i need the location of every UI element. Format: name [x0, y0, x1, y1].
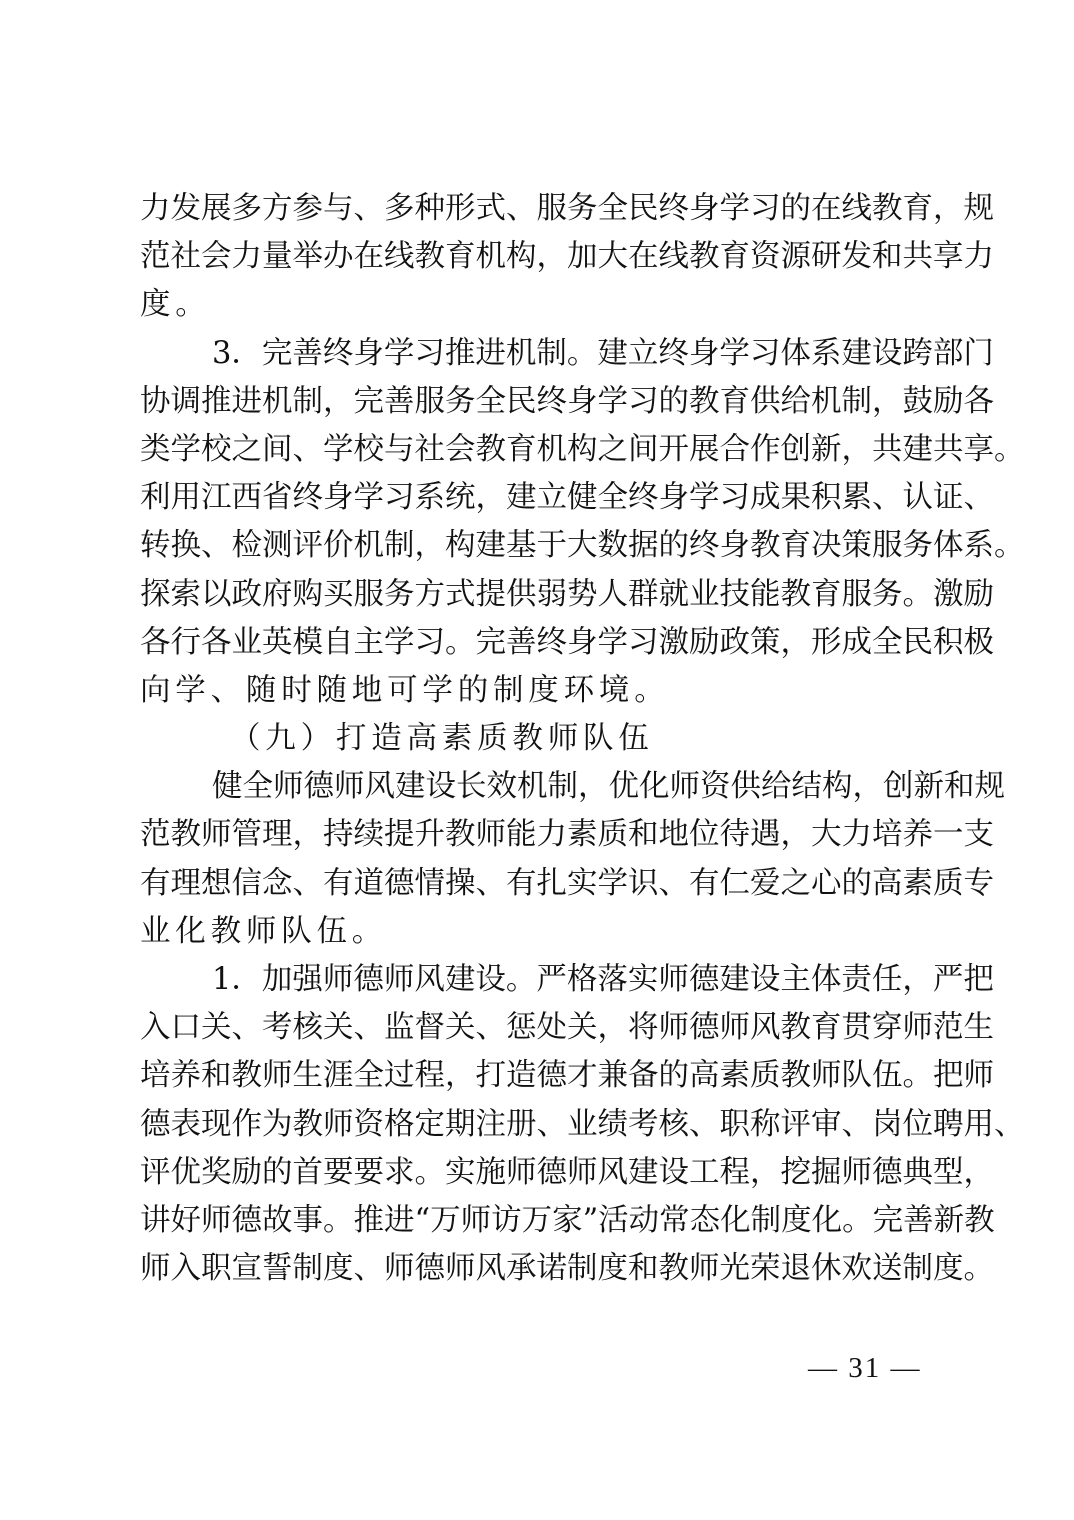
text-line: 入口关、考核关、监督关、惩处关，将师德师风教育贯穿师范生 — [140, 1004, 940, 1052]
text-line: 讲好师德故事。推进“万师访万家”活动常态化制度化。完善新教 — [140, 1197, 940, 1245]
page-number: — 31 — — [808, 1352, 922, 1385]
text-line: 培养和教师生涯全过程，打造德才兼备的高素质教师队伍。把师 — [140, 1052, 940, 1100]
body-text: 力发展多方参与、多种形式、服务全民终身学习的在线教育，规范社会力量举办在线教育机… — [140, 185, 940, 1293]
text-line: 3．完善终身学习推进机制。建立终身学习体系建设跨部门 — [140, 330, 940, 378]
text-line: 健全师德师风建设长效机制，优化师资供给结构，创新和规 — [140, 763, 940, 811]
text-line: 范社会力量举办在线教育机构，加大在线教育资源研发和共享力 — [140, 233, 940, 281]
text-line: 评优奖励的首要要求。实施师德师风建设工程，挖掘师德典型， — [140, 1149, 940, 1197]
text-line: 探索以政府购买服务方式提供弱势人群就业技能教育服务。激励 — [140, 571, 940, 619]
text-line: 师入职宣誓制度、师德师风承诺制度和教师光荣退休欢送制度。 — [140, 1245, 940, 1293]
text-line: 业化教师队伍。 — [140, 908, 940, 956]
text-line: 力发展多方参与、多种形式、服务全民终身学习的在线教育，规 — [140, 185, 940, 233]
text-line: 协调推进机制，完善服务全民终身学习的教育供给机制，鼓励各 — [140, 378, 940, 426]
text-line: 范教师管理，持续提升教师能力素质和地位待遇，大力培养一支 — [140, 811, 940, 859]
text-line: 1．加强师德师风建设。严格落实师德建设主体责任，严把 — [140, 956, 940, 1004]
text-line: （九）打造高素质教师队伍 — [140, 715, 940, 763]
text-line: 转换、检测评价机制，构建基于大数据的终身教育决策服务体系。 — [140, 522, 940, 570]
text-line: 各行各业英模自主学习。完善终身学习激励政策，形成全民积极 — [140, 619, 940, 667]
text-line: 德表现作为教师资格定期注册、业绩考核、职称评审、岗位聘用、 — [140, 1101, 940, 1149]
document-page: 力发展多方参与、多种形式、服务全民终身学习的在线教育，规范社会力量举办在线教育机… — [0, 0, 1074, 1520]
text-line: 向学、随时随地可学的制度环境。 — [140, 667, 940, 715]
text-line: 度。 — [140, 281, 940, 329]
text-line: 类学校之间、学校与社会教育机构之间开展合作创新，共建共享。 — [140, 426, 940, 474]
text-line: 利用江西省终身学习系统，建立健全终身学习成果积累、认证、 — [140, 474, 940, 522]
text-line: 有理想信念、有道德情操、有扎实学识、有仁爱之心的高素质专 — [140, 860, 940, 908]
